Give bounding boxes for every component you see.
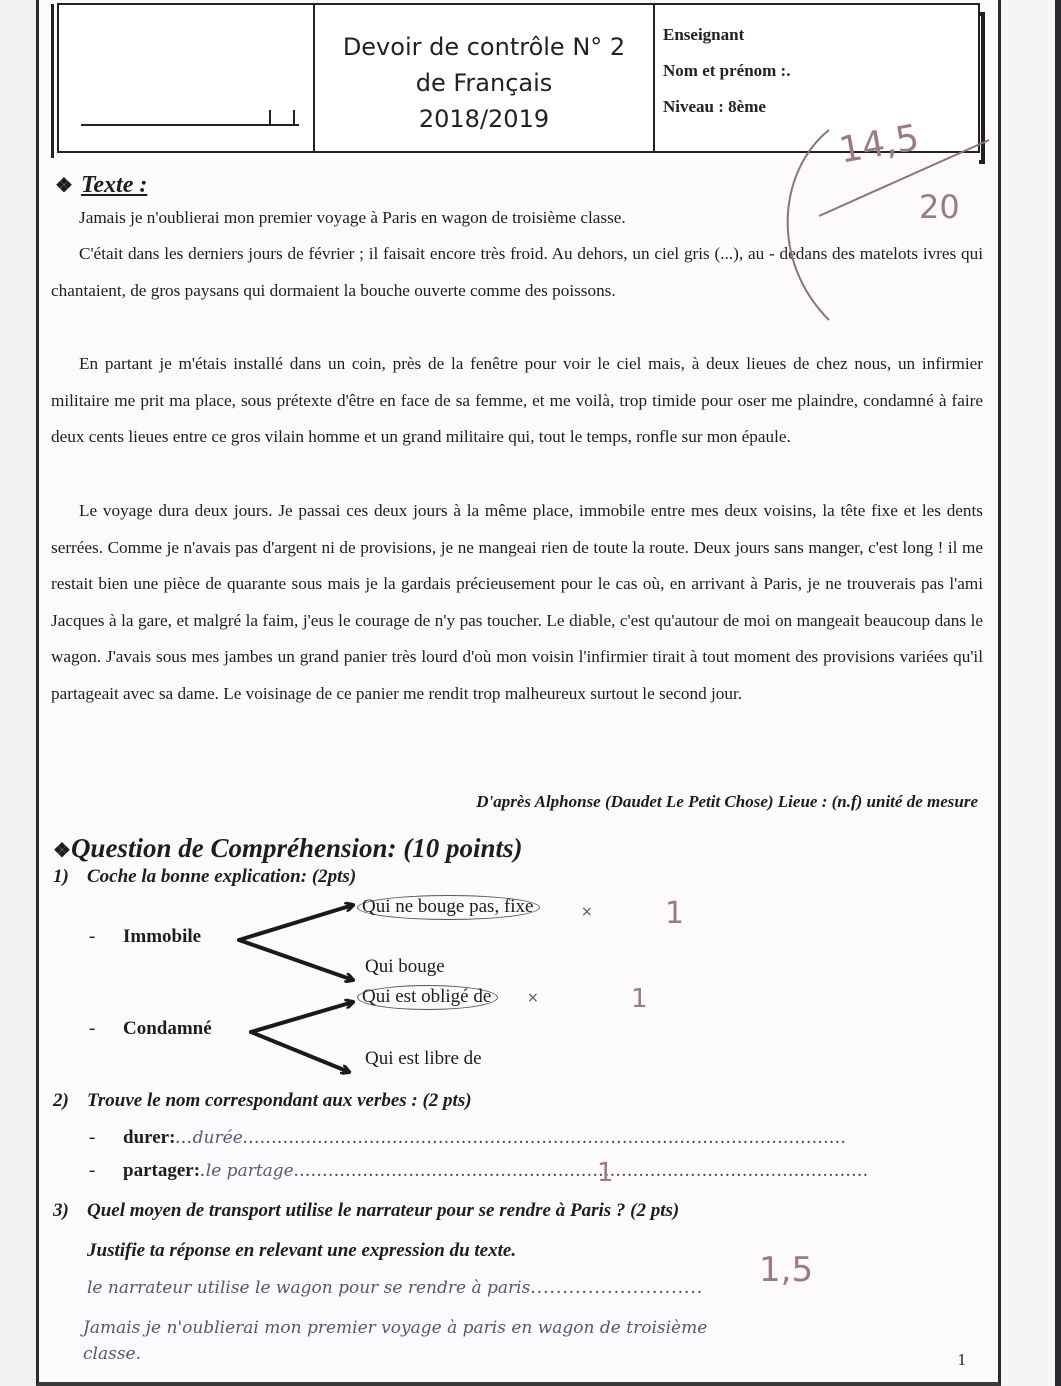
handwritten-answer[interactable]: classe.: [83, 1344, 141, 1364]
q1-choice[interactable]: Qui ne bouge pas, fixe: [357, 896, 540, 918]
header-signature-cell: [59, 5, 315, 151]
handwritten-answer[interactable]: Jamais je n'oublierai mon premier voyage…: [83, 1318, 707, 1338]
scan-edge: [1055, 0, 1061, 1386]
text-paragraph: Le voyage dura deux jours. Je passai ces…: [51, 493, 983, 712]
texte-heading: ❖Texte :: [55, 172, 147, 199]
teacher-label: Enseignant: [663, 25, 968, 61]
header-title-cell: Devoir de contrôle N° 2 de Français 2018…: [315, 5, 655, 151]
level-label: Niveau : 8ème: [663, 97, 968, 133]
questions-heading: ❖Question de Compréhension: (10 points): [53, 833, 523, 864]
exam-title: Devoir de contrôle N° 2: [343, 29, 625, 65]
handwritten-answer[interactable]: le narrateur utilise le wagon pour se re…: [87, 1278, 703, 1298]
text-paragraph: Jamais je n'oublierai mon premier voyage…: [51, 200, 983, 237]
diamond-bullet-icon: ❖: [55, 175, 73, 197]
exam-page: Devoir de contrôle N° 2 de Français 2018…: [36, 0, 1001, 1386]
header-info-cell: Enseignant Nom et prénom :. Niveau : 8èm…: [655, 5, 978, 151]
text-paragraph: En partant je m'étais installé dans un c…: [51, 346, 983, 456]
selected-choice[interactable]: Qui est obligé de: [357, 985, 498, 1010]
exam-subject: de Français: [416, 65, 553, 101]
grade-mark: 1: [597, 1158, 614, 1188]
q1-word-immobile: -Immobile: [89, 926, 201, 948]
grade-mark: 1: [631, 984, 648, 1014]
q2-answer-line[interactable]: -partager:.le partage...................…: [89, 1160, 869, 1182]
signature-tick: [293, 110, 295, 125]
diamond-bullet-icon: ❖: [53, 840, 71, 862]
header-bracket: [979, 12, 985, 164]
x-mark-icon: ×: [581, 904, 593, 920]
name-label: Nom et prénom :.: [663, 61, 968, 97]
background-strip: [1001, 0, 1061, 1386]
selected-choice[interactable]: Qui ne bouge pas, fixe: [357, 895, 540, 920]
signature-tick: [269, 110, 271, 125]
x-mark-icon: ×: [527, 990, 539, 1006]
q1-word-condamne: -Condamné: [89, 1018, 212, 1040]
q1-choice[interactable]: Qui bouge: [365, 956, 445, 978]
q1-choice[interactable]: Qui est obligé de: [357, 986, 498, 1008]
page-number: 1: [958, 1350, 967, 1370]
q2-answer-line[interactable]: -durer:...durée.........................…: [89, 1127, 847, 1149]
grade-mark: 1,5: [759, 1250, 813, 1290]
question-1: 1)Coche la bonne explication: (2pts): [53, 866, 356, 888]
text-source: D'après Alphonse (Daudet Le Petit Chose)…: [476, 792, 978, 812]
exam-year: 2018/2019: [419, 101, 549, 137]
grade-mark: 1: [665, 896, 684, 931]
text-paragraph: C'était dans les derniers jours de févri…: [51, 236, 983, 309]
question-3: 3)Quel moyen de transport utilise le nar…: [53, 1200, 679, 1222]
texte-title: Texte :: [81, 172, 147, 198]
header-border-mark: [51, 4, 54, 158]
question-2: 2)Trouve le nom correspondant aux verbes…: [53, 1090, 472, 1112]
grade-total: 20: [919, 188, 960, 226]
handwritten-answer: durée: [193, 1128, 243, 1148]
signature-line: [81, 124, 299, 126]
handwritten-answer: le partage: [206, 1161, 294, 1181]
q1-choice[interactable]: Qui est libre de: [365, 1048, 482, 1070]
question-3-justify: Justifie ta réponse en relevant une expr…: [87, 1240, 516, 1262]
